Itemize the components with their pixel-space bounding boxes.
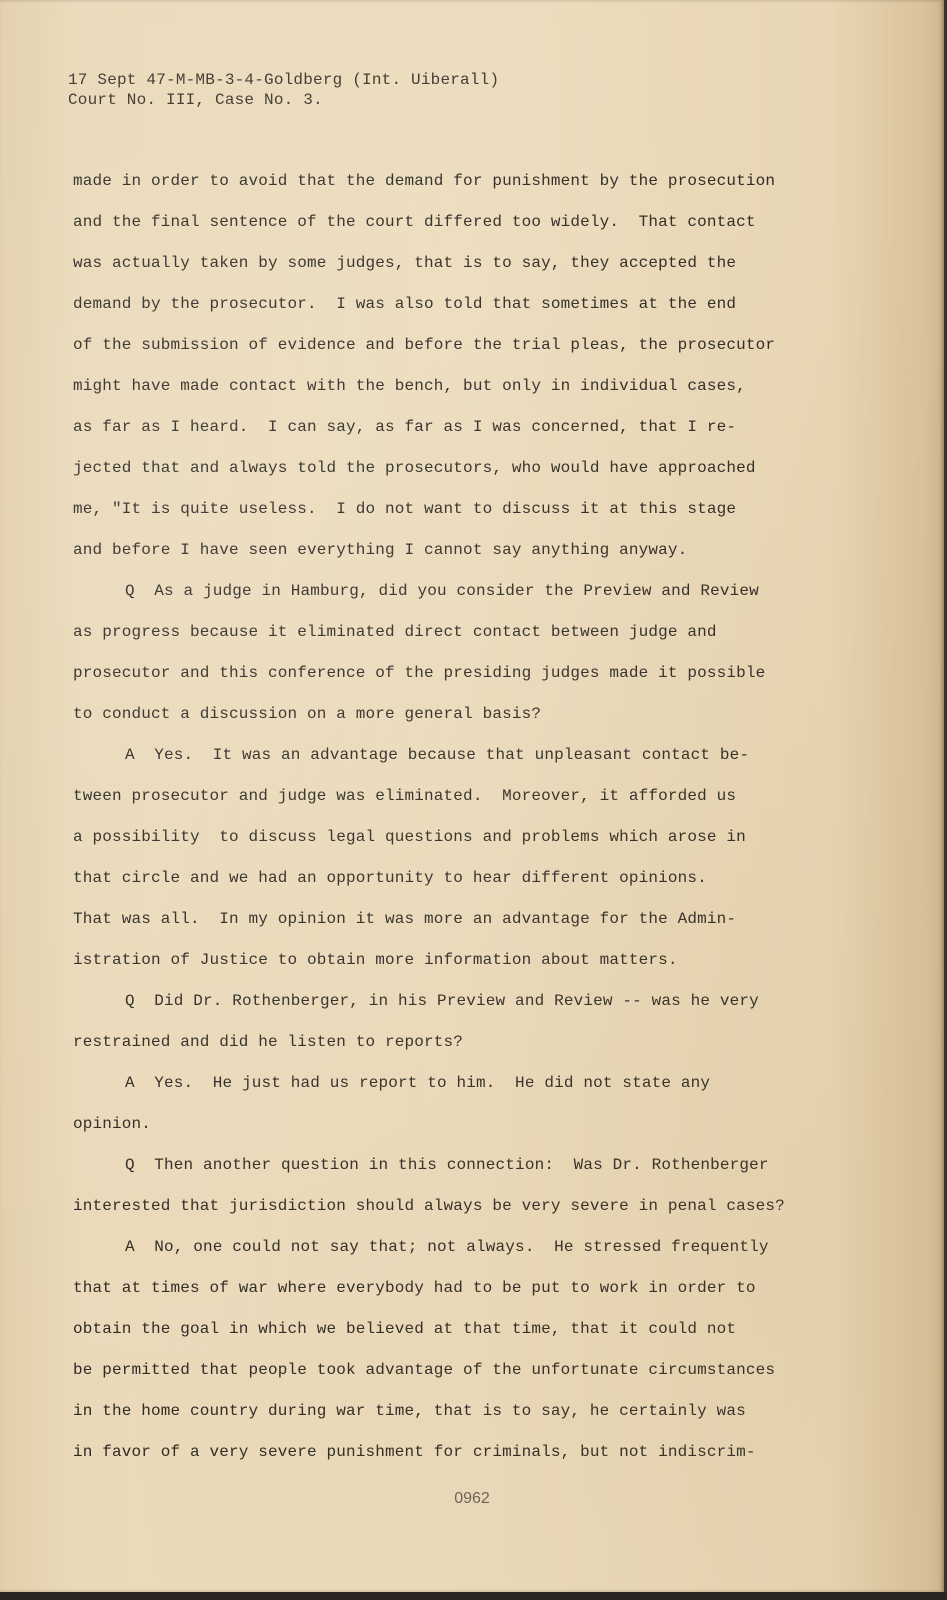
scan-edge-bottom [0, 1592, 947, 1600]
header-reference-line: 17 Sept 47-M-MB-3-4-Goldberg (Int. Uiber… [68, 70, 499, 90]
transcript-line: obtain the goal in which we believed at … [73, 1318, 833, 1359]
transcript-line: A No, one could not say that; not always… [73, 1236, 833, 1277]
transcript-line: as progress because it eliminated direct… [73, 621, 833, 662]
transcript-line: in the home country during war time, tha… [73, 1400, 833, 1441]
transcript-line: a possibility to discuss legal questions… [73, 826, 833, 867]
transcript-body: made in order to avoid that the demand f… [73, 170, 833, 1482]
transcript-line: opinion. [73, 1113, 833, 1154]
transcript-line: me, "It is quite useless. I do not want … [73, 498, 833, 539]
transcript-line: of the submission of evidence and before… [73, 334, 833, 375]
transcript-line: might have made contact with the bench, … [73, 375, 833, 416]
document-page: 17 Sept 47-M-MB-3-4-Goldberg (Int. Uiber… [0, 0, 944, 1592]
transcript-line: tween prosecutor and judge was eliminate… [73, 785, 833, 826]
transcript-line: be permitted that people took advantage … [73, 1359, 833, 1400]
page-number: 0962 [0, 1490, 944, 1508]
transcript-line: Q Did Dr. Rothenberger, in his Preview a… [73, 990, 833, 1031]
transcript-line: to conduct a discussion on a more genera… [73, 703, 833, 744]
transcript-line: A Yes. It was an advantage because that … [73, 744, 833, 785]
transcript-line: demand by the prosecutor. I was also tol… [73, 293, 833, 334]
transcript-line: restrained and did he listen to reports? [73, 1031, 833, 1072]
transcript-line: A Yes. He just had us report to him. He … [73, 1072, 833, 1113]
transcript-line: Q Then another question in this connecti… [73, 1154, 833, 1195]
transcript-line: that circle and we had an opportunity to… [73, 867, 833, 908]
transcript-line: and before I have seen everything I cann… [73, 539, 833, 580]
header-court-line: Court No. III, Case No. 3. [68, 90, 499, 110]
transcript-line: interested that jurisdiction should alwa… [73, 1195, 833, 1236]
document-header: 17 Sept 47-M-MB-3-4-Goldberg (Int. Uiber… [68, 70, 499, 110]
transcript-line: and the final sentence of the court diff… [73, 211, 833, 252]
transcript-line: jected that and always told the prosecut… [73, 457, 833, 498]
transcript-line: istration of Justice to obtain more info… [73, 949, 833, 990]
transcript-line: as far as I heard. I can say, as far as … [73, 416, 833, 457]
transcript-line: Q As a judge in Hamburg, did you conside… [73, 580, 833, 621]
transcript-line: That was all. In my opinion it was more … [73, 908, 833, 949]
transcript-line: prosecutor and this conference of the pr… [73, 662, 833, 703]
transcript-line: was actually taken by some judges, that … [73, 252, 833, 293]
transcript-line: made in order to avoid that the demand f… [73, 170, 833, 211]
transcript-line: in favor of a very severe punishment for… [73, 1441, 833, 1482]
transcript-line: that at times of war where everybody had… [73, 1277, 833, 1318]
